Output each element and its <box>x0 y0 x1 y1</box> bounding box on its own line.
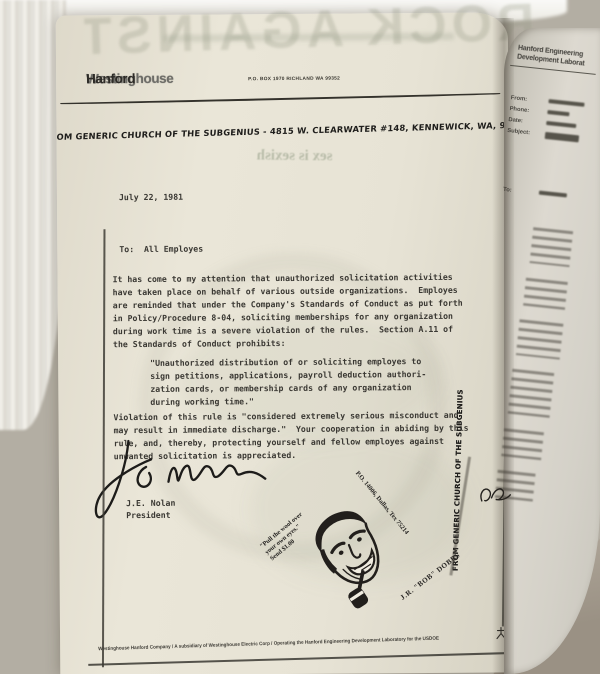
memo-paragraph-blur <box>508 369 554 418</box>
signature-scribble <box>87 427 272 524</box>
page-gutter-shadow <box>492 18 514 674</box>
letter-paragraph-1: It has come to my attention that unautho… <box>113 271 464 352</box>
memo-paragraph-blur <box>530 227 574 267</box>
letter-footer: Westinghouse Hanford Company / A subsidi… <box>98 634 494 652</box>
memo-value-blur <box>546 121 576 128</box>
letterhead-address: P.O. BOX 1970 RICHLAND WA 99352 <box>248 77 340 83</box>
letter-salutation: To: All Employes <box>119 243 203 257</box>
memo-value-blur <box>545 132 580 143</box>
ghost-showthrough-subline: sex is sexish <box>257 148 333 166</box>
letter-quote-block: "Unauthorized distribution of or solicit… <box>150 355 426 409</box>
memo-page: Hanford Engineering Development Laborat … <box>504 28 600 674</box>
photo-of-letter-in-binder: ROCK AGAINST sex is sexish WestinghouseH… <box>0 0 600 674</box>
bob-dobbs-face-icon <box>292 488 423 626</box>
memo-value-blur <box>547 110 569 116</box>
memo-header: Hanford Engineering Development Laborat <box>517 44 586 69</box>
signer-title: President <box>126 509 170 522</box>
memo-value-blur <box>539 191 567 197</box>
memo-paragraph-blur <box>516 319 564 359</box>
memo-paragraph-blur <box>523 278 568 310</box>
letter-date: July 22, 1981 <box>119 191 183 205</box>
letter-page: ROCK AGAINST sex is sexish WestinghouseH… <box>56 12 513 674</box>
logo-hanford-text: Hanford <box>86 71 135 86</box>
memo-value-blur <box>548 99 584 106</box>
knuckle-crease <box>1 553 60 570</box>
